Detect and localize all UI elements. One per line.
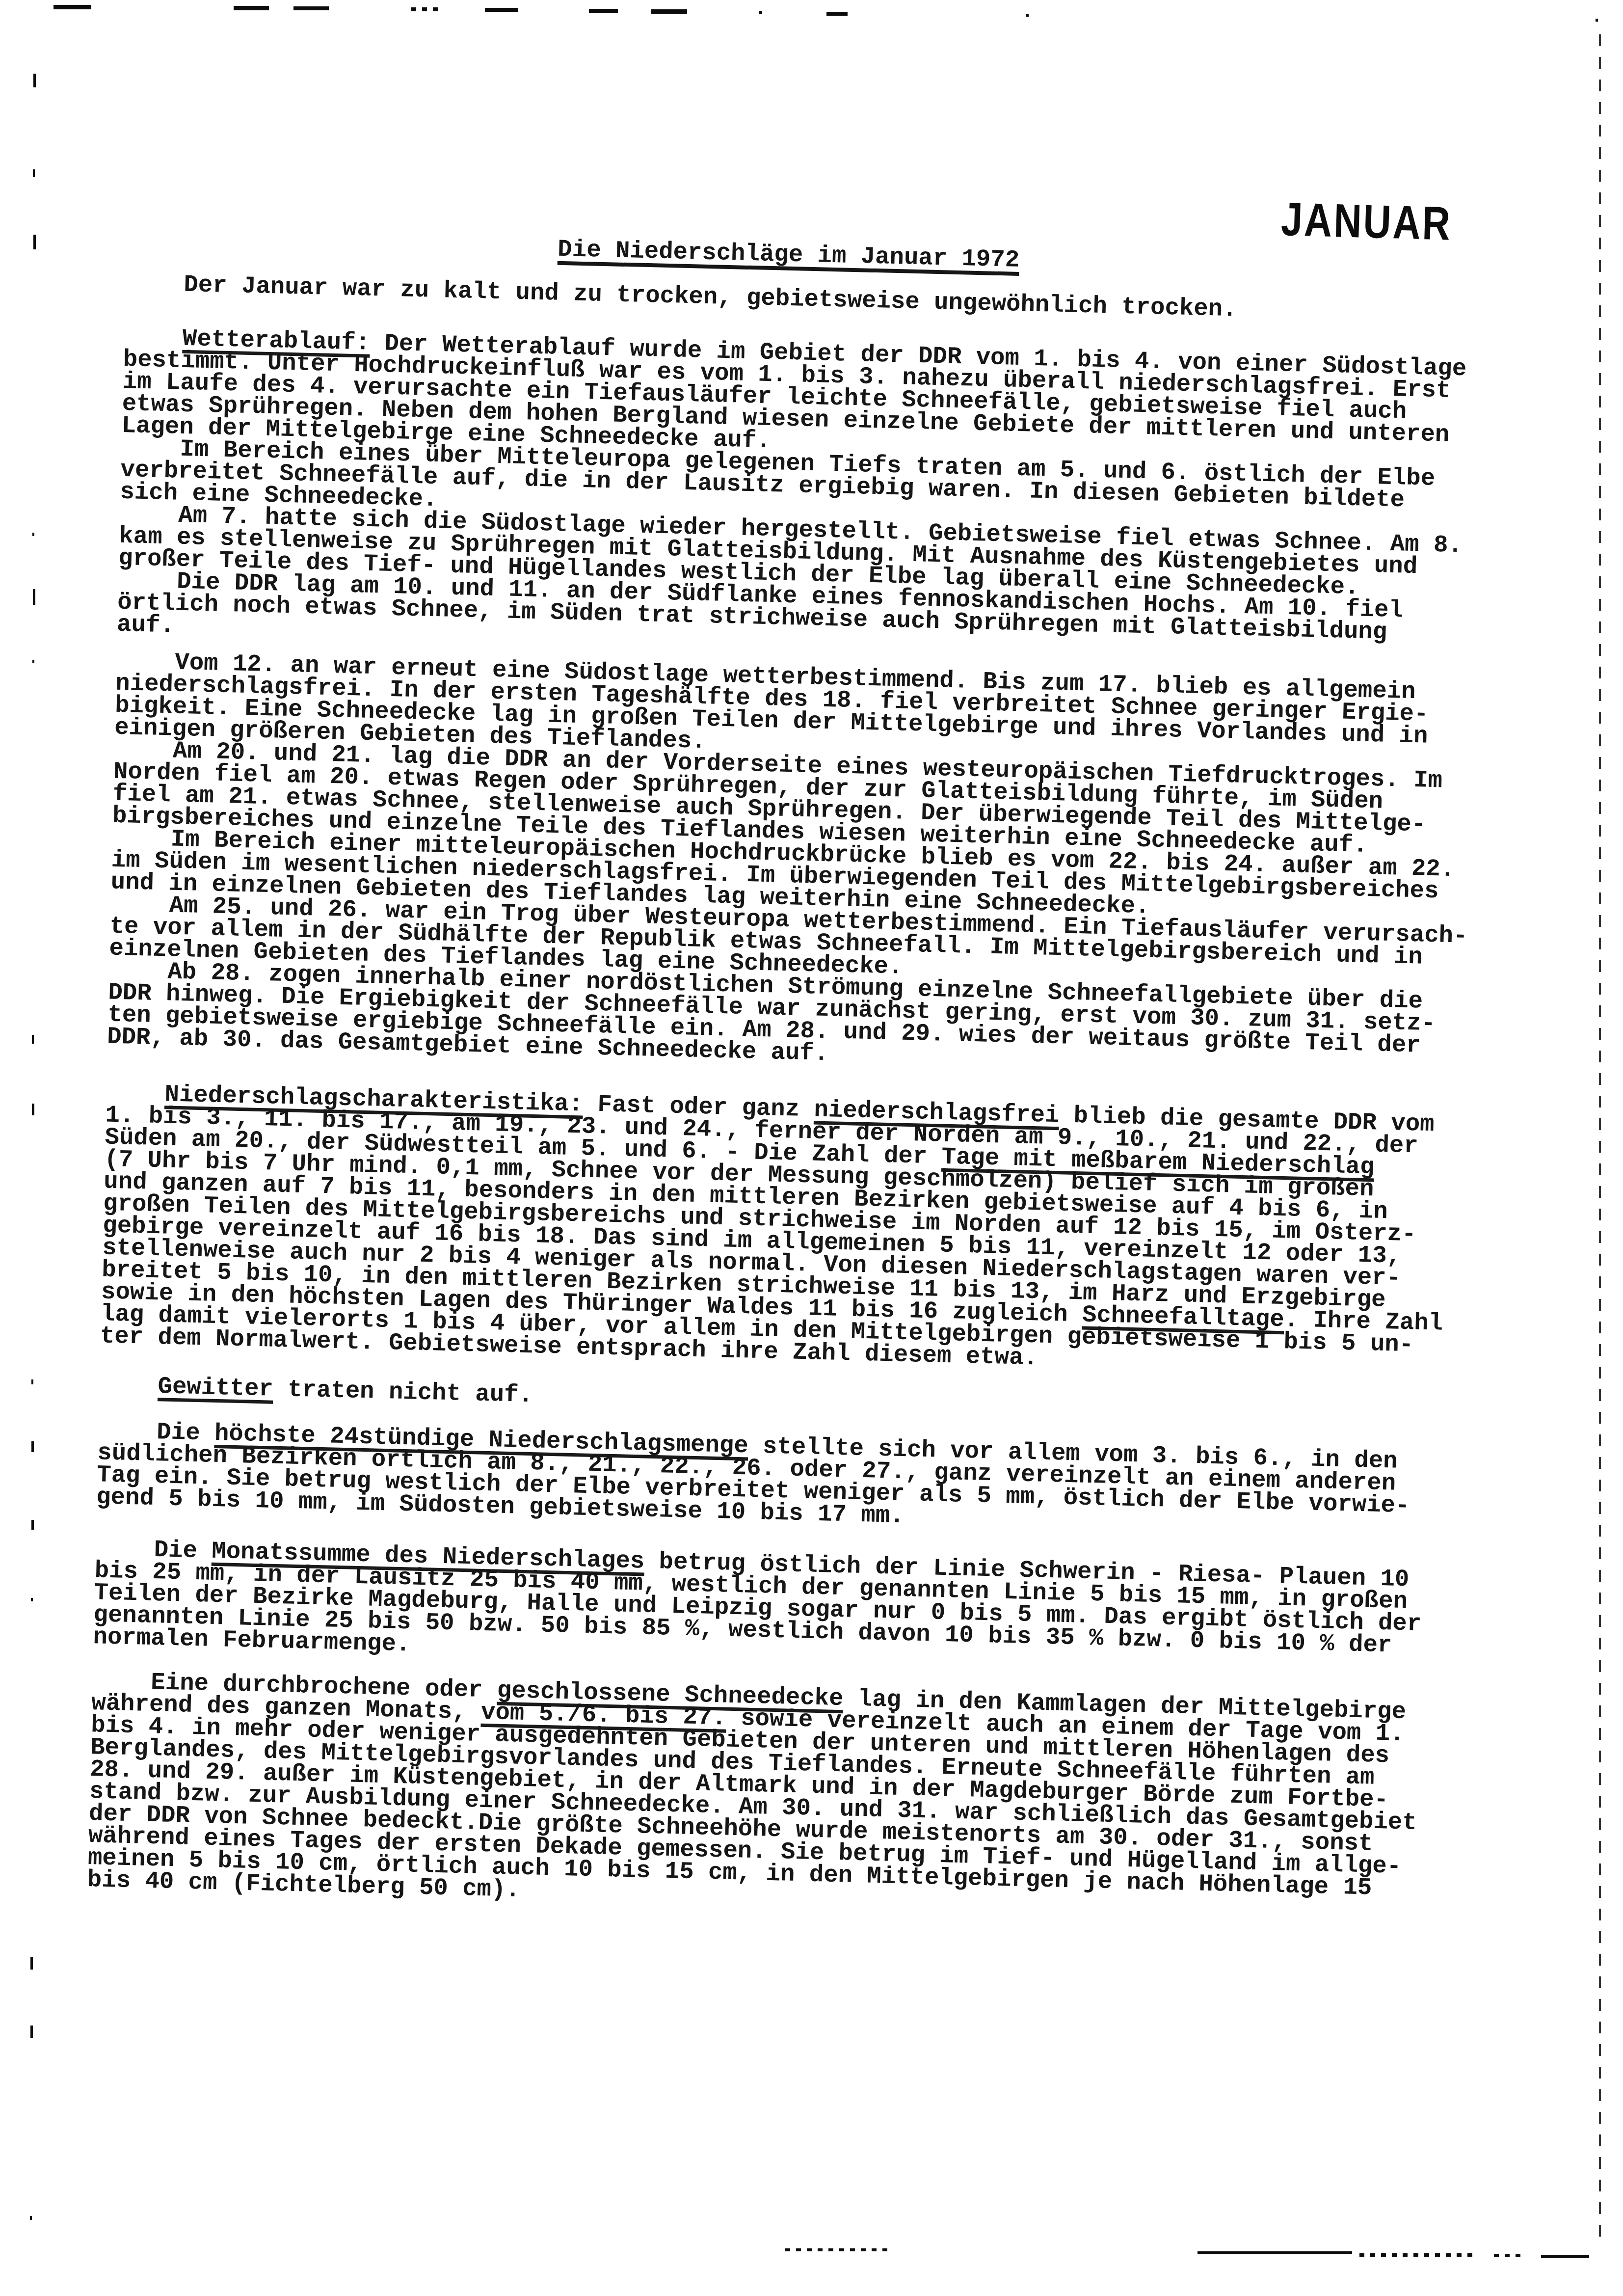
scanned-report-sheet: Die Niederschläge im Januar 1972 Der Jan… (87, 211, 1510, 1923)
scan-artifact-top-dash (1596, 19, 1598, 22)
scan-artifact-bottom-dash (1359, 2253, 1477, 2257)
scan-artifact-right-edge (1599, 34, 1601, 2243)
report-title: Die Niederschläge im Januar 1972 (558, 239, 1510, 283)
scan-artifact-left-tick (30, 2026, 33, 2038)
scan-artifact-left-tick (32, 533, 34, 536)
scan-artifact-top-dash (651, 9, 687, 14)
scan-artifact-left-tick (32, 1104, 34, 1115)
scan-artifact-top-dash (234, 6, 269, 10)
scan-artifact-top-dash (411, 7, 440, 11)
report-title-text: Die Niederschläge im Januar 1972 (558, 236, 1020, 274)
paragraph: Der Januar war zu kalt und zu trocken, g… (125, 272, 1509, 327)
scan-artifact-top-dash (53, 5, 91, 9)
scan-artifact-top-dash (485, 8, 518, 12)
scan-artifact-bottom-dash (785, 2248, 888, 2251)
report-paragraphs: Der Januar war zu kalt und zu trocken, g… (87, 272, 1509, 1924)
scan-artifact-left-tick (32, 660, 34, 663)
scan-artifact-left-tick (32, 1035, 34, 1044)
paragraph: Niederschlagscharakteristika: Fast oder … (100, 1082, 1490, 1380)
scan-artifact-top-dash (1026, 14, 1029, 17)
scan-artifact-left-tick (30, 1957, 33, 1970)
scan-artifact-top-dash (826, 12, 848, 16)
scan-artifact-left-tick (33, 74, 36, 87)
scan-artifact-left-tick (33, 169, 35, 177)
scan-artifact-top-dash (293, 6, 329, 10)
paragraph: Die Monatssumme des Niederschlages betru… (93, 1538, 1479, 1680)
scan-artifact-left-tick (31, 1441, 34, 1452)
scan-artifact-bottom-dash (1197, 2251, 1352, 2254)
typed-line: Gewitter traten nicht auf. (99, 1374, 1483, 1429)
scan-artifact-left-tick (31, 1379, 33, 1384)
typed-line: Der Januar war zu kalt und zu trocken, g… (125, 272, 1509, 327)
paragraph: Gewitter traten nicht auf. (99, 1374, 1483, 1429)
text-segment: auf. (117, 611, 175, 640)
underlined-term: Gewitter (158, 1373, 274, 1403)
scan-artifact-left-tick (30, 2216, 32, 2220)
text-segment: Der Januar war zu kalt und zu trocken, g… (184, 271, 1237, 324)
text-segment: traten nicht auf. (273, 1376, 533, 1409)
scan-artifact-bottom-dash (1494, 2254, 1523, 2257)
scan-artifact-top-dash (589, 9, 618, 13)
scan-artifact-left-tick (31, 1520, 34, 1530)
scan-artifact-top-dash (759, 11, 762, 14)
paragraph: Die höchste 24stündige Niederschlagsmeng… (96, 1420, 1482, 1540)
scan-artifact-bottom-dash (1541, 2255, 1589, 2258)
paragraph: Eine durchbrochene oder geschlossene Sch… (87, 1670, 1476, 1923)
scan-artifact-left-tick (33, 235, 36, 249)
scan-artifact-left-tick (31, 1598, 33, 1601)
scan-artifact-left-tick (33, 589, 35, 605)
